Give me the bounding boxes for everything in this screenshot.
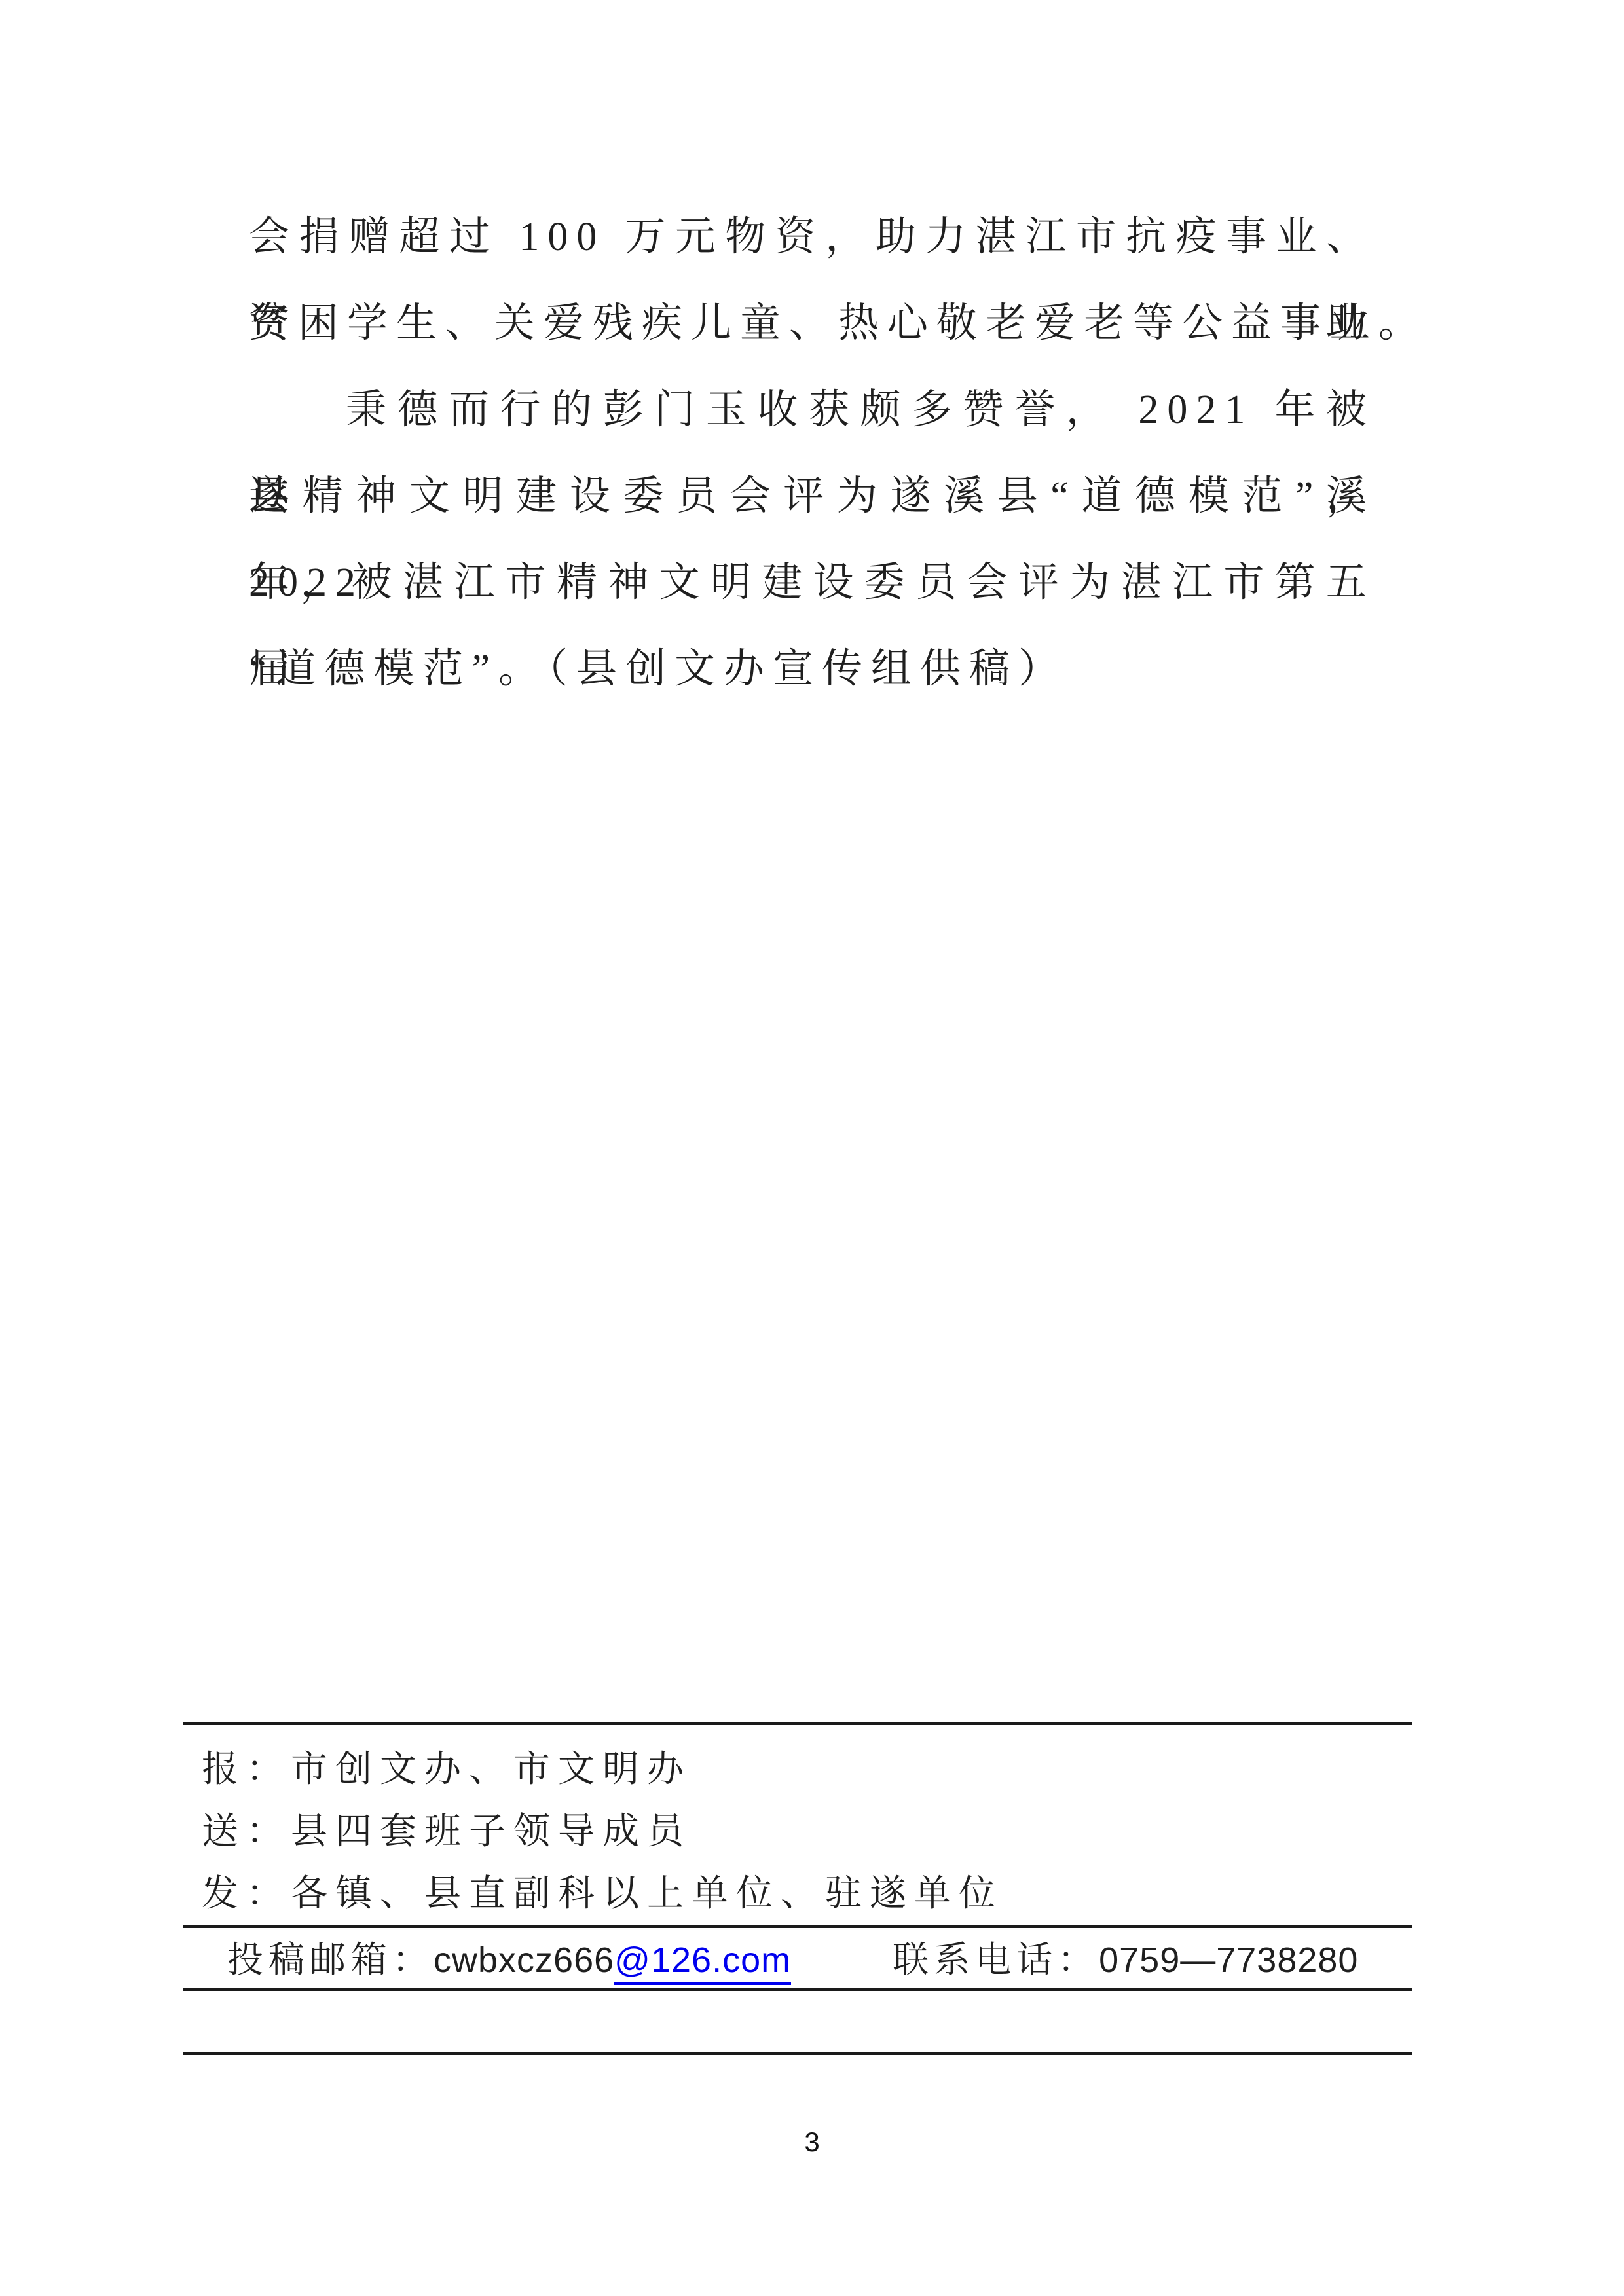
page-number: 3 — [0, 2126, 1624, 2159]
contact-info: 投稿邮箱：cwbxcz666@126.com联系电话：0759—7738280 — [227, 1933, 1358, 1988]
divider-line-bottom — [183, 2052, 1412, 2055]
email-user: cwbxcz666 — [434, 1941, 614, 1980]
phone-label: 联系电话： — [893, 1940, 1099, 1980]
document-page: 会捐赠超过 100 万元物资，助力湛江市抗疫事业、资助 贫困学生、关爱残疾儿童、… — [0, 0, 1624, 2296]
body-line: 贫困学生、关爱残疾儿童、热心敬老爱老等公益事业。 — [249, 280, 1375, 367]
divider-line-middle — [183, 1925, 1412, 1928]
report-to-line: 报：市创文办、市文明办 — [202, 1739, 1413, 1801]
issue-to-line: 发：各镇、县直副科以上单位、驻遂单位 — [202, 1863, 1413, 1925]
divider-line-top — [183, 1722, 1412, 1725]
send-to-line: 送：县四套班子领导成员 — [202, 1801, 1413, 1863]
article-body: 会捐赠超过 100 万元物资，助力湛江市抗疫事业、资助 贫困学生、关爱残疾儿童、… — [249, 194, 1375, 712]
distribution-list: 报：市创文办、市文明办 送：县四套班子领导成员 发：各镇、县直副科以上单位、驻遂… — [202, 1739, 1413, 1925]
body-line: “道德模范”。（县创文办宣传组供稿） — [249, 626, 1375, 712]
divider-line-lower — [183, 1988, 1412, 1991]
phone-number: 0759—7738280 — [1099, 1941, 1358, 1980]
body-line: 县精神文明建设委员会评为遂溪县“道德模范”，2022 — [249, 453, 1375, 539]
body-line: 会捐赠超过 100 万元物资，助力湛江市抗疫事业、资助 — [249, 194, 1375, 280]
email-domain-link[interactable]: @126.com — [614, 1941, 791, 1985]
body-line: 年，被湛江市精神文明建设委员会评为湛江市第五届 — [249, 539, 1375, 626]
email-label: 投稿邮箱： — [227, 1940, 434, 1980]
body-line: 秉德而行的彭门玉收获颇多赞誉， 2021 年被遂溪 — [249, 367, 1375, 453]
